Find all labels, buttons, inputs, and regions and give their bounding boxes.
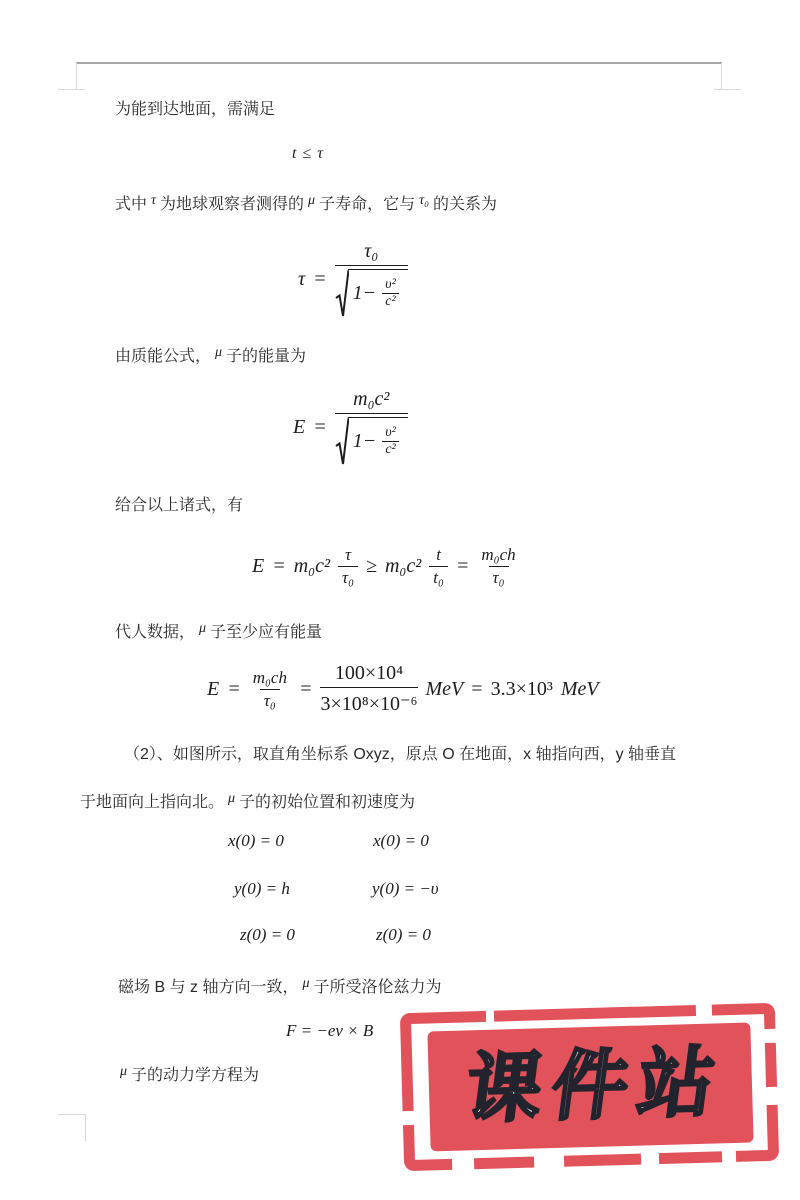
ge-sign: ≥ xyxy=(366,555,377,578)
fraction-m0ch: m₀ch τ₀ xyxy=(477,545,519,588)
run-text: 的关系为 xyxy=(433,196,497,213)
stamp-frame-gap xyxy=(764,1087,779,1105)
stamp-frame-gap xyxy=(722,1149,736,1164)
formula-le-sign: ≤ xyxy=(302,145,311,163)
stamp-frame-gap xyxy=(696,1003,712,1018)
stamp-frame-gap xyxy=(486,1009,494,1024)
term-m0c2: m₀c² xyxy=(294,555,330,578)
equation-x0-right: x(0) = 0 xyxy=(373,831,429,851)
result-value: 3.3×10³ xyxy=(491,678,553,701)
fraction-denominator: 3×10⁸×10⁻⁶ xyxy=(320,687,417,716)
equation-y0-left: y(0) = h xyxy=(234,879,290,899)
fraction-t-ratio: t t₀ xyxy=(429,545,448,588)
run-text: 于地面向上指向北。 xyxy=(80,794,224,811)
boundary-mark-bottom-left-vertical xyxy=(85,1114,86,1141)
formula-lhs: τ xyxy=(298,268,305,291)
formula-energy-chain: E = m₀c² τ τ₀ ≥ m₀c² t t₀ = m₀ch τ₀ xyxy=(252,545,520,588)
formula-energy: E = m₀c² 1− υ² c² xyxy=(293,388,408,467)
inner-fraction: υ² c² xyxy=(382,277,399,310)
run-text: 磁场 B 与 z 轴方向一致， xyxy=(118,979,298,996)
run-text: 子的动力学方程为 xyxy=(131,1067,259,1084)
inline-mu: μ xyxy=(302,976,309,991)
boundary-mark-top-left-vertical xyxy=(76,63,77,90)
paragraph-coordinate-system-line1: （2）、如图所示，取直角坐标系 Oxyz，原点 O 在地面，x 轴指向西，y 轴… xyxy=(124,741,676,764)
formula-lhs: E xyxy=(207,678,219,701)
paragraph-mass-energy: 由质能公式，μ子的能量为 xyxy=(115,343,306,366)
inner-numerator: υ² xyxy=(382,425,399,441)
inline-mu: μ xyxy=(199,621,206,636)
stamp-frame-gap xyxy=(452,1156,474,1172)
stamp-watermark: 课件站 xyxy=(400,1003,779,1171)
equals-sign: = xyxy=(456,555,470,578)
page-top-rule xyxy=(76,62,722,64)
inner-numerator: υ² xyxy=(382,277,399,293)
run-text: 子至少应有能量 xyxy=(210,624,322,641)
equation-x0-left: x(0) = 0 xyxy=(228,831,284,851)
inline-tau0: τ₀ xyxy=(419,193,429,208)
unit-mev: MeV xyxy=(426,678,464,701)
inline-mu: μ xyxy=(215,345,222,360)
run-text: 子寿命，它与 xyxy=(319,196,415,213)
boundary-mark-bottom-left-tick xyxy=(58,1114,86,1115)
fraction-numbers: 100×10⁴ 3×10⁸×10⁻⁶ xyxy=(320,662,417,716)
formula-numeric-result: E = m₀ch τ₀ = 100×10⁴ 3×10⁸×10⁻⁶ MeV = 3… xyxy=(207,662,599,716)
formula-t: t xyxy=(292,145,296,163)
radicand-one-minus: 1− xyxy=(353,282,377,305)
paragraph-observer-lifetime: 式中τ为地球观察者测得的μ子寿命，它与τ₀的关系为 xyxy=(115,191,497,214)
run-text: 代人数据， xyxy=(115,624,195,641)
inner-denominator: c² xyxy=(382,293,398,310)
formula-lorentz-text: F = −ev × B xyxy=(286,1021,373,1041)
equals-sign: = xyxy=(471,678,482,701)
equation-z0-left: z(0) = 0 xyxy=(240,925,295,945)
fraction-m0ch: m₀ch τ₀ xyxy=(249,668,291,711)
paragraph-reach-ground-text: 为能到达地面，需满足 xyxy=(115,101,275,118)
radical-sign-icon xyxy=(335,269,349,319)
paragraph-substitute-data: 代人数据，μ子至少应有能量 xyxy=(115,619,322,642)
radicand: 1− υ² c² xyxy=(348,269,408,319)
fraction-numerator: τ₀ xyxy=(357,240,385,265)
radicand: 1− υ² c² xyxy=(348,417,408,467)
unit-mev: MeV xyxy=(561,678,599,701)
run-text: （2）、如图所示，取直角坐标系 Oxyz，原点 O 在地面，x 轴指向西，y 轴… xyxy=(124,746,676,763)
stamp-frame-gap xyxy=(762,1029,777,1043)
fraction: m₀c² 1− υ² c² xyxy=(335,388,408,467)
paragraph-coordinate-system-line2: 于地面向上指向北。μ子的初始位置和初速度为 xyxy=(80,789,415,812)
stamp-frame-gap xyxy=(534,1154,564,1170)
inline-mu: μ xyxy=(228,791,235,806)
inner-denominator: c² xyxy=(382,441,398,458)
fraction-numerator: τ xyxy=(341,545,355,566)
inner-fraction: υ² c² xyxy=(382,425,399,458)
run-text: 为地球观察者测得的 xyxy=(160,196,304,213)
fraction-denominator: 1− υ² c² xyxy=(335,413,408,467)
formula-tau: τ xyxy=(317,145,323,163)
fraction-numerator: m₀c² xyxy=(346,388,396,413)
equals-sign: = xyxy=(313,268,327,291)
term-m0c2: m₀c² xyxy=(385,555,421,578)
document-page: 为能到达地面，需满足 t ≤ τ 式中τ为地球观察者测得的μ子寿命，它与τ₀的关… xyxy=(0,0,800,1200)
inline-mu: μ xyxy=(120,1064,127,1079)
fraction-numerator: t xyxy=(432,545,445,566)
formula-lhs: E xyxy=(252,555,264,578)
paragraph-dynamics-equation: μ子的动力学方程为 xyxy=(120,1062,259,1085)
equals-sign: = xyxy=(313,416,327,439)
boundary-mark-top-left-tick xyxy=(58,89,85,90)
formula-lhs: E xyxy=(293,416,305,439)
inline-mu: μ xyxy=(308,193,315,208)
equals-sign: = xyxy=(299,678,313,701)
paragraph-reach-ground: 为能到达地面，需满足 xyxy=(115,96,275,119)
run-text: 由质能公式， xyxy=(115,348,211,365)
fraction-denominator: τ₀ xyxy=(338,566,358,588)
formula-tau-dilation: τ = τ₀ 1− υ² c² xyxy=(298,240,408,319)
square-root: 1− υ² c² xyxy=(335,269,408,319)
equation-z0-right: z(0) = 0 xyxy=(376,925,431,945)
radicand-one-minus: 1− xyxy=(353,430,377,453)
fraction-denominator: τ₀ xyxy=(489,566,509,588)
fraction-numerator: 100×10⁴ xyxy=(328,662,410,687)
fraction: τ₀ 1− υ² c² xyxy=(335,240,408,319)
formula-t-le-tau: t ≤ τ xyxy=(292,145,323,163)
fraction-denominator: 1− υ² c² xyxy=(335,265,408,319)
stamp-frame-gap xyxy=(401,1111,416,1125)
paragraph-magnetic-field: 磁场 B 与 z 轴方向一致，μ子所受洛伦兹力为 xyxy=(118,974,442,997)
equals-sign: = xyxy=(272,555,286,578)
run-text: 子的初始位置和初速度为 xyxy=(239,794,415,811)
boundary-mark-top-right-tick xyxy=(714,89,741,90)
equation-y0-right: y(0) = −υ xyxy=(372,879,439,899)
square-root: 1− υ² c² xyxy=(335,417,408,467)
inline-tau: τ xyxy=(151,193,156,208)
paragraph-combine-text: 给合以上诸式，有 xyxy=(115,497,243,514)
formula-lorentz-force: F = −ev × B xyxy=(286,1021,373,1041)
equals-sign: = xyxy=(227,678,241,701)
fraction-tau-ratio: τ τ₀ xyxy=(338,545,358,588)
stamp-frame-gap xyxy=(641,1151,659,1166)
run-text: 子的能量为 xyxy=(226,348,306,365)
paragraph-combine: 给合以上诸式，有 xyxy=(115,492,243,515)
radical-sign-icon xyxy=(335,417,349,467)
fraction-numerator: m₀ch xyxy=(477,545,519,566)
stamp-inner-plate: 课件站 xyxy=(427,1022,753,1151)
run-text: 子所受洛伦兹力为 xyxy=(314,979,442,996)
boundary-mark-top-right-vertical xyxy=(721,63,722,90)
fraction-denominator: τ₀ xyxy=(260,689,280,711)
fraction-denominator: t₀ xyxy=(429,566,448,588)
fraction-numerator: m₀ch xyxy=(249,668,291,689)
stamp-text: 课件站 xyxy=(453,1045,729,1129)
run-text: 式中 xyxy=(115,196,147,213)
